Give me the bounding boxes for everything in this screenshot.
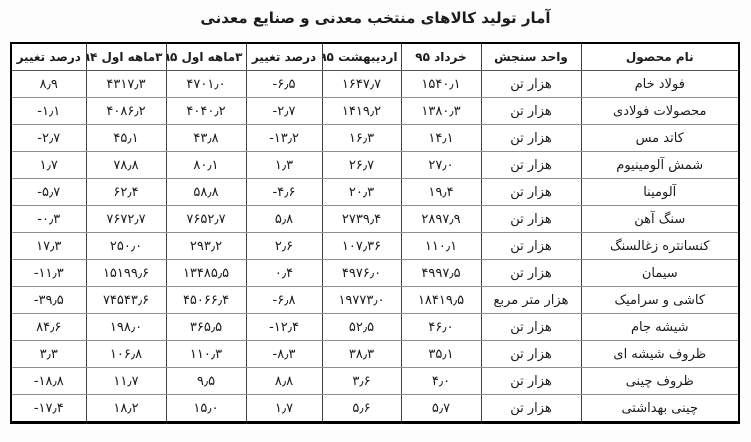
column-header-pct-change-month: درصد تغییر xyxy=(246,43,322,71)
pct-change-month-cell: ۰٫۴ xyxy=(246,260,322,287)
name-cell: کاشی و سرامیک xyxy=(581,287,739,314)
name-cell: چینی بهداشتی xyxy=(581,395,739,423)
khordad-95-cell: ۲۷٫۰ xyxy=(401,152,481,179)
pct-change-year-cell: ۱۷٫۳ xyxy=(11,233,86,260)
q1-95-cell: ۹٫۵ xyxy=(166,368,246,395)
pct-change-month-cell: -۴٫۶ xyxy=(246,179,322,206)
unit-cell: هزار تن xyxy=(481,368,581,395)
pct-change-year-cell: -۱۸٫۸ xyxy=(11,368,86,395)
column-header-pct-change-year: درصد تغییر xyxy=(11,43,86,71)
pct-change-year-cell: -۰٫۳ xyxy=(11,206,86,233)
q1-94-cell: ۷۶۷۲٫۷ xyxy=(86,206,166,233)
pct-change-year-cell: ۸۴٫۶ xyxy=(11,314,86,341)
table-row: ظروف چینیهزار تن۴٫۰۳٫۶۸٫۸۹٫۵۱۱٫۷-۱۸٫۸ xyxy=(11,368,739,395)
name-cell: ظروف شیشه ای xyxy=(581,341,739,368)
q1-94-cell: ۱۰۶٫۸ xyxy=(86,341,166,368)
ordibehesht-95-cell: ۵۲٫۵ xyxy=(322,314,401,341)
khordad-95-cell: ۳۵٫۱ xyxy=(401,341,481,368)
q1-94-cell: ۴۰۸۶٫۲ xyxy=(86,98,166,125)
khordad-95-cell: ۱۸۴۱۹٫۵ xyxy=(401,287,481,314)
khordad-95-cell: ۴۶٫۰ xyxy=(401,314,481,341)
khordad-95-cell: ۱۴٫۱ xyxy=(401,125,481,152)
header-row: نام محصولواحد سنجشخرداد ۹۵اردیبهشت ۹۵درص… xyxy=(11,43,739,71)
q1-94-cell: ۲۵۰٫۰ xyxy=(86,233,166,260)
pct-change-year-cell: -۱۷٫۴ xyxy=(11,395,86,423)
table-row: ظروف شیشه ایهزار تن۳۵٫۱۳۸٫۳-۸٫۳۱۱۰٫۳۱۰۶٫… xyxy=(11,341,739,368)
table-row: کاتد مسهزار تن۱۴٫۱۱۶٫۳-۱۳٫۲۴۳٫۸۴۵٫۱-۲٫۷ xyxy=(11,125,739,152)
pct-change-year-cell: -۲٫۷ xyxy=(11,125,86,152)
unit-cell: هزار متر مربع xyxy=(481,287,581,314)
column-header-name: نام محصول xyxy=(581,43,739,71)
pct-change-month-cell: ۵٫۸ xyxy=(246,206,322,233)
q1-95-cell: ۵۸٫۸ xyxy=(166,179,246,206)
ordibehesht-95-cell: ۴۹۷۶٫۰ xyxy=(322,260,401,287)
ordibehesht-95-cell: ۲۷۳۹٫۴ xyxy=(322,206,401,233)
ordibehesht-95-cell: ۱۴۱۹٫۲ xyxy=(322,98,401,125)
table-row: سنگ آهنهزار تن۲۸۹۷٫۹۲۷۳۹٫۴۵٫۸۷۶۵۲٫۷۷۶۷۲٫… xyxy=(11,206,739,233)
q1-95-cell: ۱۳۴۸۵٫۵ xyxy=(166,260,246,287)
name-cell: شیشه جام xyxy=(581,314,739,341)
unit-cell: هزار تن xyxy=(481,395,581,423)
production-table: نام محصولواحد سنجشخرداد ۹۵اردیبهشت ۹۵درص… xyxy=(10,42,740,424)
table-row: سیمانهزار تن۴۹۹۷٫۵۴۹۷۶٫۰۰٫۴۱۳۴۸۵٫۵۱۵۱۹۹٫… xyxy=(11,260,739,287)
column-header-q1-95: ۳ماهه اول ۹۵ xyxy=(166,43,246,71)
khordad-95-cell: ۱۵۴۰٫۱ xyxy=(401,71,481,98)
pct-change-year-cell: -۳۹٫۵ xyxy=(11,287,86,314)
q1-94-cell: ۱۵۱۹۹٫۶ xyxy=(86,260,166,287)
q1-95-cell: ۱۱۰٫۳ xyxy=(166,341,246,368)
unit-cell: هزار تن xyxy=(481,233,581,260)
q1-94-cell: ۷۴۵۴۳٫۶ xyxy=(86,287,166,314)
table-row: شمش آلومینیومهزار تن۲۷٫۰۲۶٫۷۱٫۳۸۰٫۱۷۸٫۸۱… xyxy=(11,152,739,179)
name-cell: فولاد خام xyxy=(581,71,739,98)
unit-cell: هزار تن xyxy=(481,260,581,287)
unit-cell: هزار تن xyxy=(481,152,581,179)
q1-94-cell: ۷۸٫۸ xyxy=(86,152,166,179)
khordad-95-cell: ۱۹٫۴ xyxy=(401,179,481,206)
pct-change-month-cell: ۱٫۳ xyxy=(246,152,322,179)
name-cell: سیمان xyxy=(581,260,739,287)
table-row: فولاد خامهزار تن۱۵۴۰٫۱۱۶۴۷٫۷-۶٫۵۴۷۰۱٫۰۴۳… xyxy=(11,71,739,98)
table-row: کاشی و سرامیکهزار متر مربع۱۸۴۱۹٫۵۱۹۷۷۳٫۰… xyxy=(11,287,739,314)
table-row: کنسانتره زغالسنگهزار تن۱۱۰٫۱۱۰۷٫۳۶۲٫۶۲۹۳… xyxy=(11,233,739,260)
q1-95-cell: ۴۵۰۶۶٫۴ xyxy=(166,287,246,314)
ordibehesht-95-cell: ۱۶٫۳ xyxy=(322,125,401,152)
name-cell: آلومینا xyxy=(581,179,739,206)
khordad-95-cell: ۱۳۸۰٫۳ xyxy=(401,98,481,125)
ordibehesht-95-cell: ۵٫۶ xyxy=(322,395,401,423)
unit-cell: هزار تن xyxy=(481,206,581,233)
ordibehesht-95-cell: ۱۶۴۷٫۷ xyxy=(322,71,401,98)
pct-change-year-cell: ۸٫۹ xyxy=(11,71,86,98)
unit-cell: هزار تن xyxy=(481,125,581,152)
table-row: شیشه جامهزار تن۴۶٫۰۵۲٫۵-۱۲٫۴۳۶۵٫۵۱۹۸٫۰۸۴… xyxy=(11,314,739,341)
pct-change-year-cell: ۱٫۷ xyxy=(11,152,86,179)
ordibehesht-95-cell: ۲۰٫۳ xyxy=(322,179,401,206)
document-page: آمار تولید کالاهای منتخب معدنی و صنایع م… xyxy=(0,0,751,442)
pct-change-year-cell: -۵٫۷ xyxy=(11,179,86,206)
q1-95-cell: ۴۰۴۰٫۲ xyxy=(166,98,246,125)
pct-change-month-cell: ۸٫۸ xyxy=(246,368,322,395)
q1-94-cell: ۱۹۸٫۰ xyxy=(86,314,166,341)
table-row: آلومیناهزار تن۱۹٫۴۲۰٫۳-۴٫۶۵۸٫۸۶۲٫۴-۵٫۷ xyxy=(11,179,739,206)
q1-94-cell: ۱۸٫۲ xyxy=(86,395,166,423)
pct-change-month-cell: -۸٫۳ xyxy=(246,341,322,368)
column-header-q1-94: ۳ماهه اول ۹۴ xyxy=(86,43,166,71)
q1-94-cell: ۱۱٫۷ xyxy=(86,368,166,395)
q1-94-cell: ۴۳۱۷٫۳ xyxy=(86,71,166,98)
ordibehesht-95-cell: ۳۸٫۳ xyxy=(322,341,401,368)
q1-95-cell: ۴۷۰۱٫۰ xyxy=(166,71,246,98)
name-cell: شمش آلومینیوم xyxy=(581,152,739,179)
khordad-95-cell: ۵٫۷ xyxy=(401,395,481,423)
ordibehesht-95-cell: ۲۶٫۷ xyxy=(322,152,401,179)
column-header-khordad-95: خرداد ۹۵ xyxy=(401,43,481,71)
column-header-unit: واحد سنجش xyxy=(481,43,581,71)
name-cell: کنسانتره زغالسنگ xyxy=(581,233,739,260)
page-title: آمار تولید کالاهای منتخب معدنی و صنایع م… xyxy=(0,9,751,27)
q1-95-cell: ۴۳٫۸ xyxy=(166,125,246,152)
ordibehesht-95-cell: ۱۹۷۷۳٫۰ xyxy=(322,287,401,314)
unit-cell: هزار تن xyxy=(481,98,581,125)
q1-95-cell: ۷۶۵۲٫۷ xyxy=(166,206,246,233)
unit-cell: هزار تن xyxy=(481,314,581,341)
ordibehesht-95-cell: ۳٫۶ xyxy=(322,368,401,395)
pct-change-month-cell: ۱٫۷ xyxy=(246,395,322,423)
pct-change-month-cell: -۶٫۵ xyxy=(246,71,322,98)
pct-change-year-cell: -۱٫۱ xyxy=(11,98,86,125)
pct-change-month-cell: -۶٫۸ xyxy=(246,287,322,314)
khordad-95-cell: ۱۱۰٫۱ xyxy=(401,233,481,260)
name-cell: محصولات فولادی xyxy=(581,98,739,125)
pct-change-month-cell: -۱۳٫۲ xyxy=(246,125,322,152)
khordad-95-cell: ۲۸۹۷٫۹ xyxy=(401,206,481,233)
pct-change-year-cell: -۱۱٫۳ xyxy=(11,260,86,287)
pct-change-year-cell: ۳٫۳ xyxy=(11,341,86,368)
unit-cell: هزار تن xyxy=(481,179,581,206)
q1-95-cell: ۲۹۳٫۲ xyxy=(166,233,246,260)
q1-95-cell: ۸۰٫۱ xyxy=(166,152,246,179)
q1-95-cell: ۱۵٫۰ xyxy=(166,395,246,423)
name-cell: کاتد مس xyxy=(581,125,739,152)
table-row: محصولات فولادیهزار تن۱۳۸۰٫۳۱۴۱۹٫۲-۲٫۷۴۰۴… xyxy=(11,98,739,125)
q1-94-cell: ۶۲٫۴ xyxy=(86,179,166,206)
pct-change-month-cell: -۲٫۷ xyxy=(246,98,322,125)
khordad-95-cell: ۴۹۹۷٫۵ xyxy=(401,260,481,287)
khordad-95-cell: ۴٫۰ xyxy=(401,368,481,395)
pct-change-month-cell: -۱۲٫۴ xyxy=(246,314,322,341)
q1-94-cell: ۴۵٫۱ xyxy=(86,125,166,152)
unit-cell: هزار تن xyxy=(481,71,581,98)
name-cell: سنگ آهن xyxy=(581,206,739,233)
name-cell: ظروف چینی xyxy=(581,368,739,395)
table-row: چینی بهداشتیهزار تن۵٫۷۵٫۶۱٫۷۱۵٫۰۱۸٫۲-۱۷٫… xyxy=(11,395,739,423)
ordibehesht-95-cell: ۱۰۷٫۳۶ xyxy=(322,233,401,260)
q1-95-cell: ۳۶۵٫۵ xyxy=(166,314,246,341)
table-body: فولاد خامهزار تن۱۵۴۰٫۱۱۶۴۷٫۷-۶٫۵۴۷۰۱٫۰۴۳… xyxy=(11,71,739,423)
column-header-ordibehesht-95: اردیبهشت ۹۵ xyxy=(322,43,401,71)
unit-cell: هزار تن xyxy=(481,341,581,368)
pct-change-month-cell: ۲٫۶ xyxy=(246,233,322,260)
